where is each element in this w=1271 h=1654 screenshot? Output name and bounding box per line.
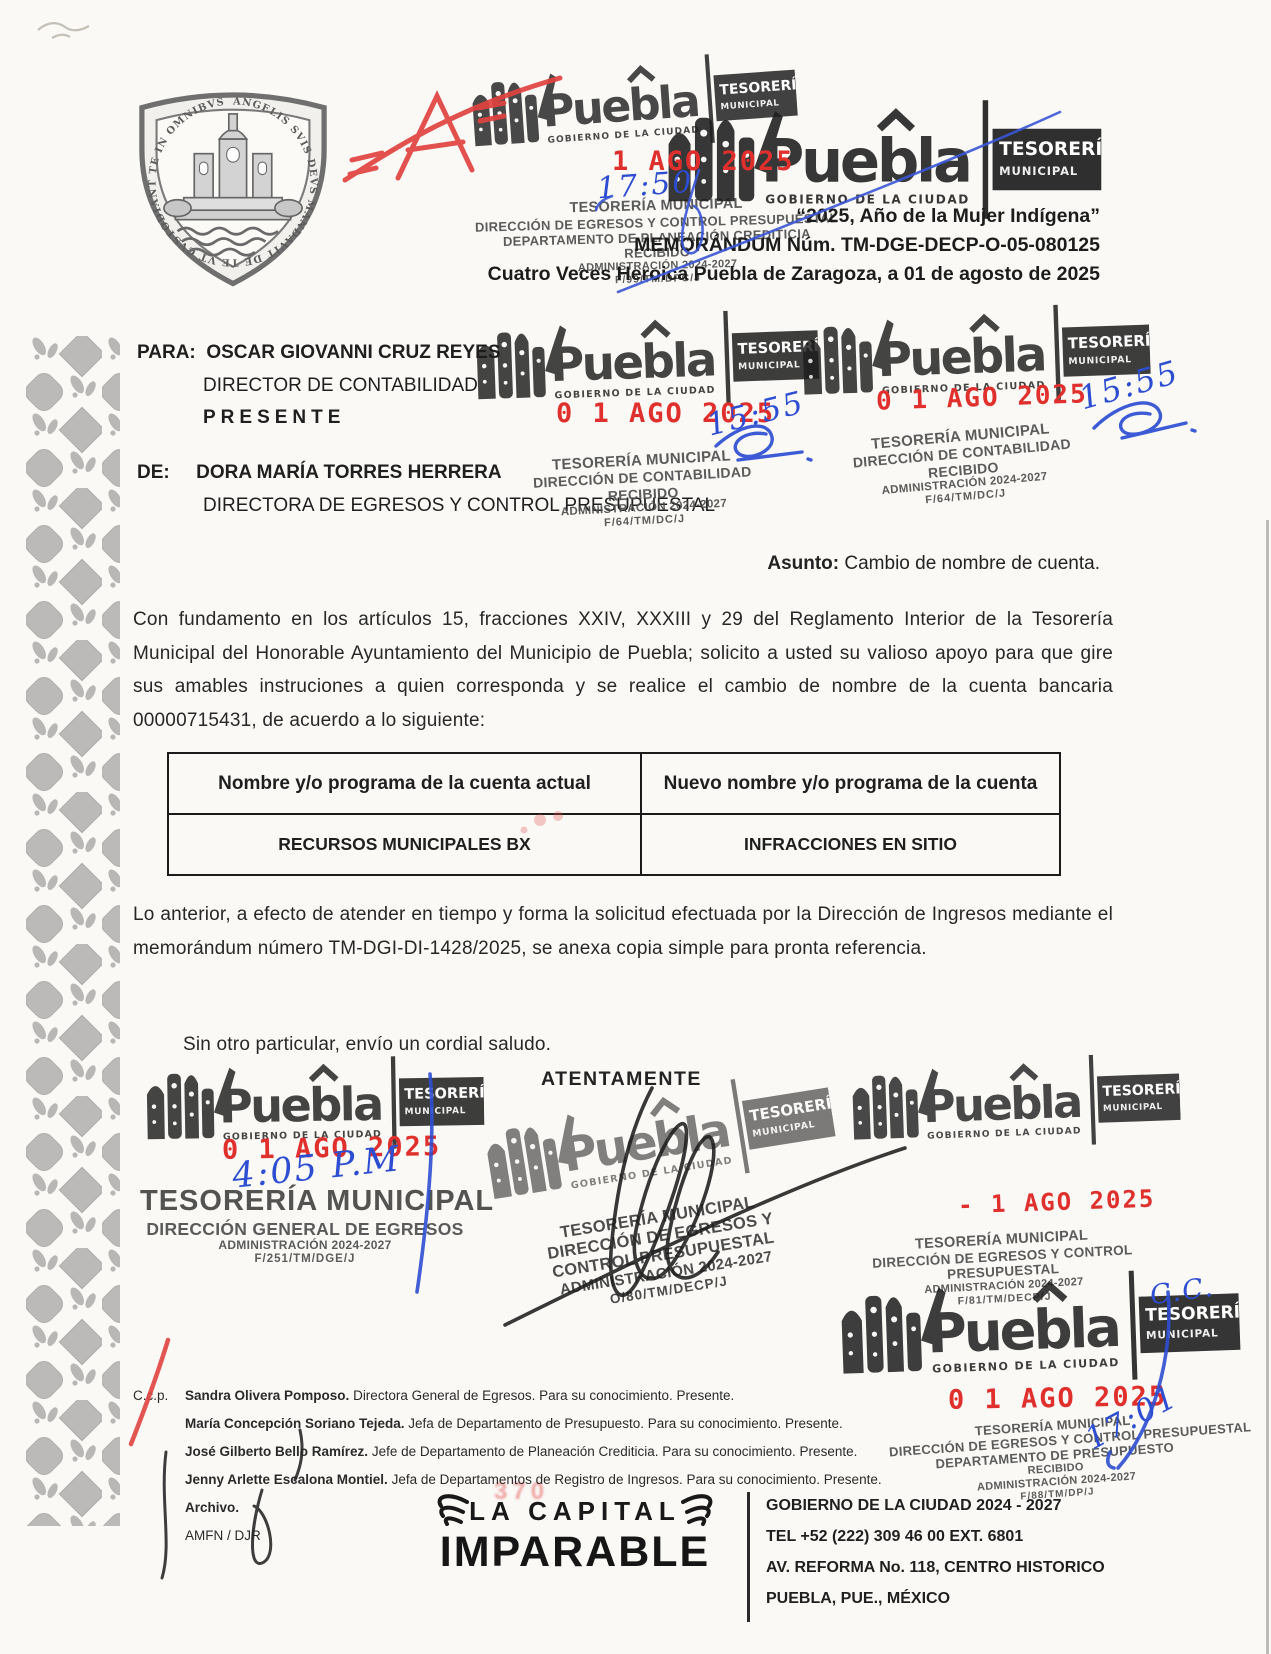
handwritten-time-top: 17:50 [596,165,695,207]
subject-text: Cambio de nombre de cuenta. [839,553,1100,574]
subject-line: Asunto: Cambio de nombre de cuenta. [767,553,1100,575]
memo-page: ANGELIS SVIS DEVS MANDAVIT DE TE VT CVST… [0,0,1271,1654]
svg-text:Puebla: Puebla [922,1075,1082,1133]
ccp-rest-2: Jefa de Departamento de Presupuesto. Par… [405,1416,843,1431]
sender-label: DE: [137,462,170,483]
ccp-rest-4: Jefa de Departamentos de Registro de Ing… [388,1472,882,1487]
ccp-rest-1: Directora General de Egresos. Para su co… [349,1388,734,1403]
memo-number: MEMORÁNDUM Núm. TM-DGE-DECP-O-05-080125 [488,231,1100,260]
svg-text:Puebla: Puebla [549,333,715,393]
subject-label: Asunto: [767,553,839,574]
table-header-current: Nombre y/o programa de la cuenta actual [168,753,641,814]
receipt-stamp-mid-right: TESORERÍA MUNICIPALDIRECCIÓN DE CONTABIL… [835,417,1091,514]
svg-text:Puebla: Puebla [219,1077,383,1134]
footer-divider [747,1492,750,1622]
svg-text:TESORERÍA: TESORERÍA [1067,330,1151,352]
table-cell-new: INFRACCIONES EN SITIO [641,814,1060,875]
memo-header: “2025, Año de la Mujer Indígena” MEMORÁN… [488,202,1100,289]
ccp-name-3: José Gilberto Bello Ramírez. [185,1444,368,1459]
recipient-label: PARA: [137,342,196,363]
svg-text:MUNICIPAL: MUNICIPAL [1103,1102,1163,1114]
receipt-stamp-bottom-left: TESORERÍA MUNICIPALDIRECCIÓN GENERAL DE … [140,1185,470,1266]
legend-line: “2025, Año de la Mujer Indígena” [488,202,1100,231]
slogan-bottom: IMPARABLE [420,1528,730,1577]
right-wing-icon [681,1490,723,1530]
puebla-stamp-logo-bottom-right: Puebla GOBIERNO DE LA CIUDAD TESORERÍA M… [846,1050,1181,1155]
date-stamp-mid-right: 0 1 AGO 2025 [876,379,1089,416]
date-stamp-bottom-right: - 1 AGO 2025 [958,1185,1156,1220]
svg-text:TESORERÍA: TESORERÍA [404,1083,485,1103]
table-cell-current: RECURSOS MUNICIPALES BX [168,814,641,875]
svg-text:MUNICIPAL: MUNICIPAL [405,1106,467,1117]
ccp-name-1: Sandra Olivera Pomposo. [185,1388,349,1403]
svg-text:Puebla: Puebla [876,327,1045,388]
left-ornament-border [26,336,120,1526]
body-paragraph-1: Con fundamento en los artículos 15, frac… [133,603,1113,737]
account-table: Nombre y/o programa de la cuenta actual … [167,752,1061,876]
svg-text:MUNICIPAL: MUNICIPAL [1146,1327,1219,1342]
slogan-top: LA CAPITAL [469,1496,681,1526]
left-wing-icon [427,1490,469,1530]
sender-name: DORA MARÍA TORRES HERRERA [196,462,501,483]
recipient-name: OSCAR GIOVANNI CRUZ REYES [206,342,500,363]
body-paragraph-2: Lo anterior, a efecto de atender en tiem… [133,898,1113,965]
svg-text:MUNICIPAL: MUNICIPAL [999,164,1078,178]
table-header-new: Nuevo nombre y/o programa de la cuenta [641,753,1060,814]
ccp-rest-3: Jefe de Departamento de Planeación Credi… [368,1444,857,1459]
svg-text:MUNICIPAL: MUNICIPAL [1068,354,1132,367]
ccp-name-4: Jenny Arlette Escalona Montiel. [185,1472,388,1487]
svg-text:Puebla: Puebla [926,1295,1120,1366]
capital-logo: LA CAPITAL IMPARABLE [420,1490,730,1577]
place-date: Cuatro Veces Heroica Puebla de Zaragoza,… [488,260,1100,289]
svg-text:TESORERÍA: TESORERÍA [1102,1080,1181,1100]
ccp-label: C.c.p. [133,1382,168,1410]
table-row: RECURSOS MUNICIPALES BX INFRACCIONES EN … [168,814,1060,875]
recipient-present: PRESENTE [137,402,501,435]
table-header-row: Nombre y/o programa de la cuenta actual … [168,753,1060,814]
receipt-stamp-mid-left: TESORERÍA MUNICIPALDIRECCIÓN DE CONTABIL… [516,446,770,535]
recipient-block: PARA: OSCAR GIOVANNI CRUZ REYES DIRECTOR… [137,337,501,435]
coat-of-arms: ANGELIS SVIS DEVS MANDAVIT DE TE VT CVST… [122,72,344,294]
receipt-stamp-bottom-far-right: TESORERÍA MUNICIPALDIRECCIÓN DE EGRESOS … [888,1407,1223,1512]
ccp-name-2: María Concepción Soriano Tejeda. [185,1416,405,1431]
recipient-title: DIRECTOR DE CONTABILIDAD [137,370,501,403]
svg-text:TESORERÍA: TESORERÍA [999,137,1102,160]
